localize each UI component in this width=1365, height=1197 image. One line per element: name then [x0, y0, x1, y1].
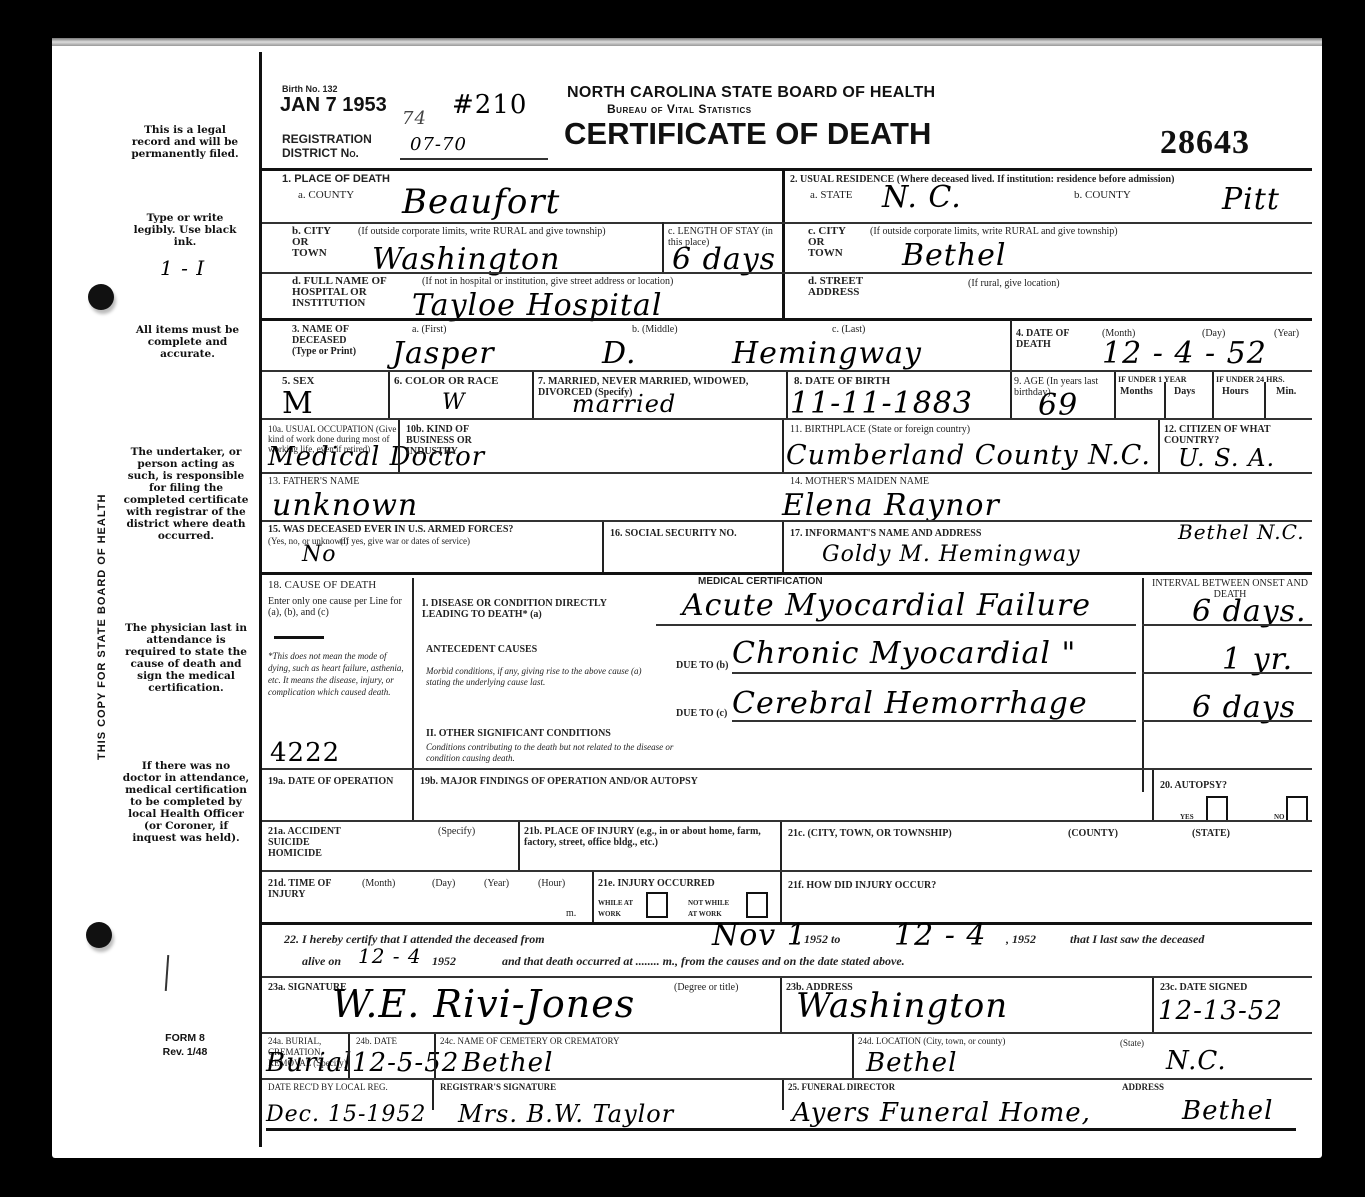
informant-label: 17. INFORMANT'S NAME AND ADDRESS: [790, 528, 981, 539]
divider: [782, 170, 785, 318]
vertical-copy-label: THIS COPY FOR STATE BOARD OF HEALTH: [96, 494, 108, 760]
divider: [274, 636, 324, 639]
armed-forces: No: [302, 542, 337, 567]
ssn-label: 16. SOCIAL SECURITY NO.: [610, 528, 737, 539]
autopsy-no-checkbox[interactable]: [1286, 796, 1308, 822]
cause-label: 18. CAUSE OF DEATH: [268, 580, 376, 591]
hours-label: Hours: [1222, 386, 1249, 397]
due-to-b-label: DUE TO (b): [676, 660, 728, 671]
note-physician: The physician last in attendance is requ…: [122, 622, 250, 694]
dod-label: 4. DATE OF DEATH: [1016, 328, 1076, 350]
year-label: (Year): [1274, 328, 1299, 339]
race: W: [442, 390, 466, 415]
bottom-rule: [266, 1128, 1296, 1131]
certificate-title: CERTIFICATE OF DEATH: [564, 116, 931, 152]
injury-time-label: 21d. TIME OF INJURY: [268, 878, 348, 900]
cause-a: Acute Myocardial Failure: [682, 588, 1091, 623]
divider: [262, 418, 1312, 420]
race-label: 6. COLOR OR RACE: [394, 376, 499, 387]
residence-county-label: b. COUNTY: [1074, 190, 1131, 201]
district-label: DISTRICT No.: [282, 148, 359, 159]
divider: [1152, 978, 1154, 1034]
divider: [348, 1034, 350, 1078]
divider: [786, 372, 788, 418]
cause-c-line: [732, 720, 1136, 722]
divider: [1114, 372, 1116, 418]
degree-label: (Degree or title): [674, 982, 738, 993]
residence-state: N. C.: [882, 180, 962, 215]
divider: [1152, 770, 1154, 820]
punch-hole-bottom: [86, 922, 112, 948]
medical-certification-label: MEDICAL CERTIFICATION: [698, 576, 823, 587]
hospital-note: (If not in hospital or institution, give…: [422, 276, 673, 287]
burial-state: N.C.: [1166, 1046, 1227, 1076]
district-number: 07-70: [410, 134, 467, 155]
date-signed-label: 23c. DATE SIGNED: [1160, 982, 1247, 993]
divider: [1264, 382, 1266, 418]
divider: [1142, 578, 1144, 792]
antecedent-note: Morbid conditions, if any, giving rise t…: [426, 666, 646, 688]
injury-county-label: (COUNTY): [1068, 828, 1118, 839]
city-note: (If outside corporate limits, write RURA…: [358, 226, 658, 237]
note-undertaker: The undertaker, or person acting as such…: [122, 446, 250, 542]
state-label: a. STATE: [810, 190, 853, 201]
father-name: unknown: [272, 488, 418, 523]
divider: [662, 222, 664, 272]
certificate-number: 28643: [1160, 124, 1250, 162]
divider: [782, 222, 1312, 224]
divider: [434, 1034, 436, 1078]
cemetery-label: 24c. NAME OF CEMETERY OR CREMATORY: [440, 1036, 620, 1047]
divider: [780, 978, 782, 1034]
citizen-label: 12. CITIZEN OF WHAT COUNTRY?: [1164, 424, 1314, 446]
injury-day-label: (Day): [432, 878, 455, 889]
funeral-address-label: ADDRESS: [1122, 1082, 1164, 1093]
county-label: a. COUNTY: [298, 190, 354, 201]
form-number: FORM 8: [140, 1032, 230, 1044]
cause-b: Chronic Myocardial ": [732, 636, 1076, 671]
funeral-address: Bethel: [1182, 1096, 1273, 1126]
last-name: Hemingway: [732, 336, 922, 371]
divider: [262, 768, 1312, 770]
cause-a-line: [656, 624, 1136, 626]
from-year: , 1952 to: [798, 934, 840, 945]
received-stamp-date: JAN 7 1953: [280, 94, 387, 117]
paper-stack-edge: [52, 38, 1322, 46]
divider: [262, 272, 782, 274]
cause-instruction: Enter only one cause per Line for (a), (…: [268, 596, 408, 618]
divider: [602, 522, 604, 572]
first-name-label: a. (First): [412, 324, 446, 335]
note-write-legibly: Type or write legibly. Use black ink.: [125, 212, 245, 248]
middle-name-label: b. (Middle): [632, 324, 678, 335]
divider: [262, 1032, 1312, 1034]
days-label: Days: [1174, 386, 1195, 397]
autopsy-label: 20. AUTOPSY?: [1160, 780, 1227, 791]
note-complete-accurate: All items must be complete and accurate.: [125, 324, 250, 360]
business-label: 10b. KIND OF BUSINESS OR INDUSTRY: [406, 424, 516, 457]
district-underline: [400, 158, 548, 160]
city-label: b. CITY OR TOWN: [292, 226, 340, 259]
divider: [782, 420, 784, 472]
divider: [1164, 382, 1166, 418]
certify-text-2: that I last saw the deceased: [1070, 934, 1204, 945]
middle-name: D.: [602, 336, 637, 371]
under-24-hrs-label: IF UNDER 24 HRS.: [1216, 374, 1285, 385]
divider: [852, 1034, 854, 1078]
date-received-label: DATE REC'D BY LOCAL REG.: [268, 1082, 388, 1093]
injury-specify-label: (Specify): [438, 826, 475, 837]
divider: [262, 168, 1312, 171]
citizenship: U. S. A.: [1178, 444, 1275, 472]
divider: [1010, 320, 1012, 370]
date-of-birth: 11-11-1883: [790, 386, 973, 421]
antecedent-label: ANTECEDENT CAUSES: [426, 644, 537, 655]
divider: [262, 976, 1312, 978]
divider: [592, 872, 594, 922]
divider: [262, 222, 782, 224]
injury-type-label: 21a. ACCIDENT SUICIDE HOMICIDE: [268, 826, 348, 859]
divider: [1212, 372, 1214, 418]
county-of-death: Beaufort: [402, 182, 560, 222]
cause-b-line: [732, 672, 1136, 674]
injury-m-label: m.: [566, 908, 576, 919]
to-year: , 1952: [1006, 934, 1036, 945]
alive-on-label: alive on: [302, 956, 341, 967]
alive-year: 1952: [432, 956, 456, 967]
burial-location: Bethel: [866, 1048, 957, 1078]
injury-place-label: 21b. PLACE OF INJURY (e.g., in or about …: [524, 826, 774, 848]
while-at-work-checkbox[interactable]: [646, 892, 668, 918]
interval-c-line: [1142, 720, 1312, 722]
street-label: d. STREET ADDRESS: [808, 276, 878, 298]
mother-maiden-name: Elena Raynor: [782, 488, 1000, 523]
certify-text-3: and that death occurred at ........ m., …: [502, 956, 905, 967]
divider: [388, 372, 390, 418]
mother-label: 14. MOTHER'S MAIDEN NAME: [790, 476, 929, 487]
cause-c: Cerebral Hemorrhage: [732, 686, 1088, 721]
divider: [262, 820, 1312, 822]
marital-status: married: [572, 390, 676, 418]
under-1-year-label: IF UNDER 1 YEAR: [1118, 374, 1187, 385]
autopsy-yes-checkbox[interactable]: [1206, 796, 1228, 822]
interval-a-line: [1142, 624, 1312, 626]
divider: [412, 770, 414, 820]
divider: [412, 578, 414, 792]
first-name: Jasper: [392, 336, 495, 371]
attended-from: Nov 1: [712, 918, 807, 953]
alive-on-date: 12 - 4: [358, 944, 422, 968]
last-name-label: c. (Last): [832, 324, 865, 335]
divider: [262, 870, 1312, 872]
divider: [782, 522, 784, 572]
funeral-director: Ayers Funeral Home,: [792, 1098, 1091, 1128]
registration-label: REGISTRATION: [282, 134, 372, 145]
punch-hole-top: [88, 284, 114, 310]
informant-name: Goldy M. Hemingway: [822, 542, 1081, 567]
residence-city-label: c. CITY OR TOWN: [808, 226, 856, 259]
informant-address: Bethel N.C.: [1178, 520, 1305, 544]
divider: [432, 1080, 434, 1110]
residence-county: Pitt: [1222, 182, 1280, 217]
death-certificate-form: Birth No. 132 JAN 7 1953 #210 REGISTRATI…: [262, 52, 1312, 1147]
date-received: Dec. 15-1952: [266, 1102, 426, 1127]
injury-state-label: (STATE): [1192, 828, 1230, 839]
funeral-director-label: 25. FUNERAL DIRECTOR: [788, 1082, 895, 1093]
note-no-doctor: If there was no doctor in attendance, me…: [122, 760, 250, 844]
injury-hour-label: (Hour): [538, 878, 565, 889]
stamp-number: #210: [452, 90, 527, 120]
place-of-death-label: 1. PLACE OF DEATH: [282, 174, 390, 185]
form-revision: Rev. 1/48: [140, 1046, 230, 1058]
cause-code: 4222: [270, 738, 340, 768]
divider: [262, 572, 1312, 575]
divider: [782, 1080, 784, 1110]
minutes-label: Min.: [1276, 386, 1296, 397]
cemetery-name: Bethel: [462, 1048, 553, 1078]
date-of-death: 12 - 4 - 52: [1102, 336, 1267, 371]
father-label: 13. FATHER'S NAME: [268, 476, 359, 487]
cause-footnote: *This does not mean the mode of dying, s…: [268, 650, 408, 698]
date-signed: 12-13-52: [1158, 996, 1283, 1026]
divider: [262, 1078, 1312, 1080]
not-at-work-label: NOT WHILE AT WORK: [688, 898, 738, 920]
burial-location-label: 24d. LOCATION (City, town, or county): [858, 1036, 1005, 1047]
divider: [398, 420, 400, 472]
divider: [782, 272, 1312, 274]
divider: [262, 520, 1312, 522]
injury-how-label: 21f. HOW DID INJURY OCCUR?: [788, 880, 936, 891]
operation-date-label: 19a. DATE OF OPERATION: [268, 776, 408, 787]
hospital-label: d. FULL NAME OF HOSPITAL OR INSTITUTION: [292, 276, 412, 309]
injury-city-label: 21c. (CITY, TOWN, OR TOWNSHIP): [788, 828, 952, 839]
divider: [262, 472, 1312, 474]
name-label: 3. NAME OF DECEASED (Type or Print): [292, 324, 372, 357]
street-note: (If rural, give location): [968, 278, 1060, 289]
residence-label: 2. USUAL RESIDENCE (Where deceased lived…: [790, 174, 1174, 185]
divider: [518, 822, 520, 870]
district-extra: 74: [402, 108, 427, 129]
findings-label: 19b. MAJOR FINDINGS OF OPERATION AND/OR …: [420, 776, 698, 787]
due-to-c-label: DUE TO (c): [676, 708, 727, 719]
divider: [532, 372, 534, 418]
burial-date-label: 24b. DATE: [356, 1036, 397, 1047]
note-legal-record: This is a legal record and will be perma…: [125, 124, 245, 160]
residence-city: Bethel: [902, 238, 1007, 273]
physician-address: Washington: [796, 986, 1008, 1026]
residence-city-note: (If outside corporate limits, write RURA…: [870, 226, 1118, 237]
injury-occurred-label: 21e. INJURY OCCURRED: [598, 878, 715, 889]
not-at-work-checkbox[interactable]: [746, 892, 768, 918]
months-label: Months: [1120, 386, 1153, 397]
burial-date: 12-5-52: [352, 1048, 459, 1078]
board-name: NORTH CAROLINA STATE BOARD OF HEALTH: [567, 84, 935, 102]
birthplace-label: 11. BIRTHPLACE (State or foreign country…: [790, 424, 970, 435]
birthplace: Cumberland County N.C.: [786, 440, 1151, 471]
divider: [780, 822, 782, 922]
sex: M: [282, 386, 314, 421]
injury-month-label: (Month): [362, 878, 395, 889]
other-conditions-note: Conditions contributing to the death but…: [426, 742, 676, 764]
other-conditions-label: II. OTHER SIGNIFICANT CONDITIONS: [426, 728, 611, 739]
attended-to: 12 - 4: [894, 918, 986, 953]
burial-type: Burial: [266, 1048, 352, 1078]
interval-b-line: [1142, 672, 1312, 674]
registrar-signature-label: REGISTRAR'S SIGNATURE: [440, 1082, 556, 1093]
while-at-work-label: WHILE AT WORK: [598, 898, 642, 920]
armed-note-service: (If yes, give war or dates of service): [340, 536, 470, 547]
armed-forces-label: 15. WAS DECEASED EVER IN U.S. ARMED FORC…: [268, 524, 513, 535]
injury-year-label: (Year): [484, 878, 509, 889]
registrar-signature: Mrs. B.W. Taylor: [458, 1100, 674, 1128]
bureau-name: Bureau of Vital Statistics: [607, 102, 752, 116]
disease-label: I. DISEASE OR CONDITION DIRECTLY LEADING…: [422, 598, 642, 620]
handwritten-class: 1 - I: [160, 256, 205, 280]
divider: [1158, 420, 1160, 472]
divider: [1010, 372, 1012, 418]
burial-state-label: (State): [1120, 1038, 1144, 1049]
divider: [262, 318, 1312, 321]
physician-signature: W.E. Rivi-Jones: [332, 982, 635, 1026]
